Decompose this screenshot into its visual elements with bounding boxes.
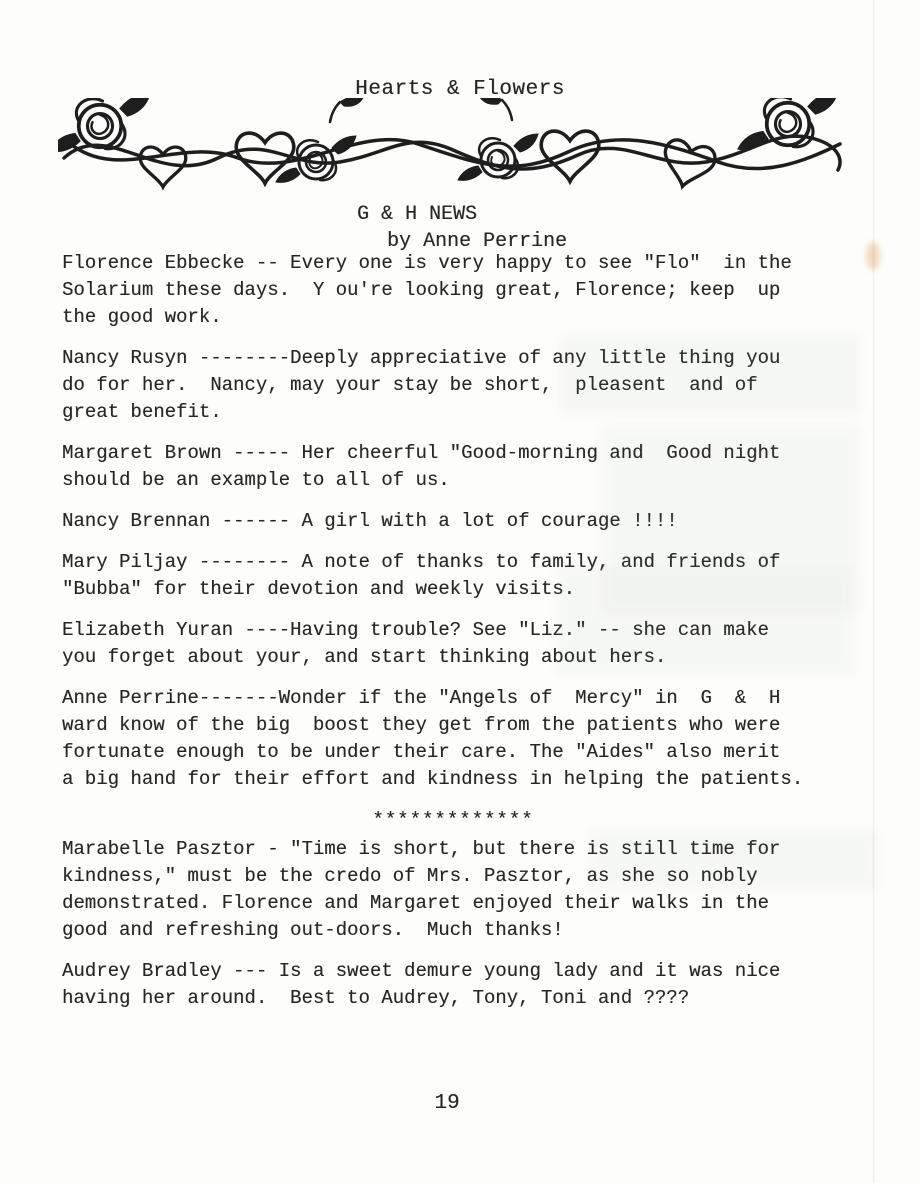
scan-crease-line [872, 0, 875, 1183]
entry-nancy-brennan: Nancy Brennan ------ A girl with a lot o… [62, 508, 844, 535]
section-title: G & H NEWS [357, 201, 567, 228]
article-body: Florence Ebbecke -- Every one is very ha… [62, 250, 844, 1026]
page-number: 19 [0, 1092, 920, 1115]
scan-smudge [866, 242, 880, 270]
entry-margaret-brown: Margaret Brown ----- Her cheerful "Good-… [62, 440, 844, 494]
entry-florence-ebbecke: Florence Ebbecke -- Every one is very ha… [62, 250, 844, 331]
entry-mary-piljay: Mary Piljay -------- A note of thanks to… [62, 549, 844, 603]
floral-border-art [58, 98, 858, 202]
newsletter-page: Hearts & Flowers [0, 0, 920, 1183]
entry-marabelle-pasztor: Marabelle Pasztor - "Time is short, but … [62, 836, 844, 944]
entry-nancy-rusyn: Nancy Rusyn --------Deeply appreciative … [62, 345, 844, 426]
entry-audrey-bradley: Audrey Bradley --- Is a sweet demure you… [62, 958, 844, 1012]
entry-elizabeth-yuran: Elizabeth Yuran ----Having trouble? See … [62, 617, 844, 671]
section-heading: G & H NEWS by Anne Perrine [357, 201, 567, 255]
entry-anne-perrine: Anne Perrine-------Wonder if the "Angels… [62, 685, 844, 793]
asterisk-divider: ************* [62, 807, 844, 834]
